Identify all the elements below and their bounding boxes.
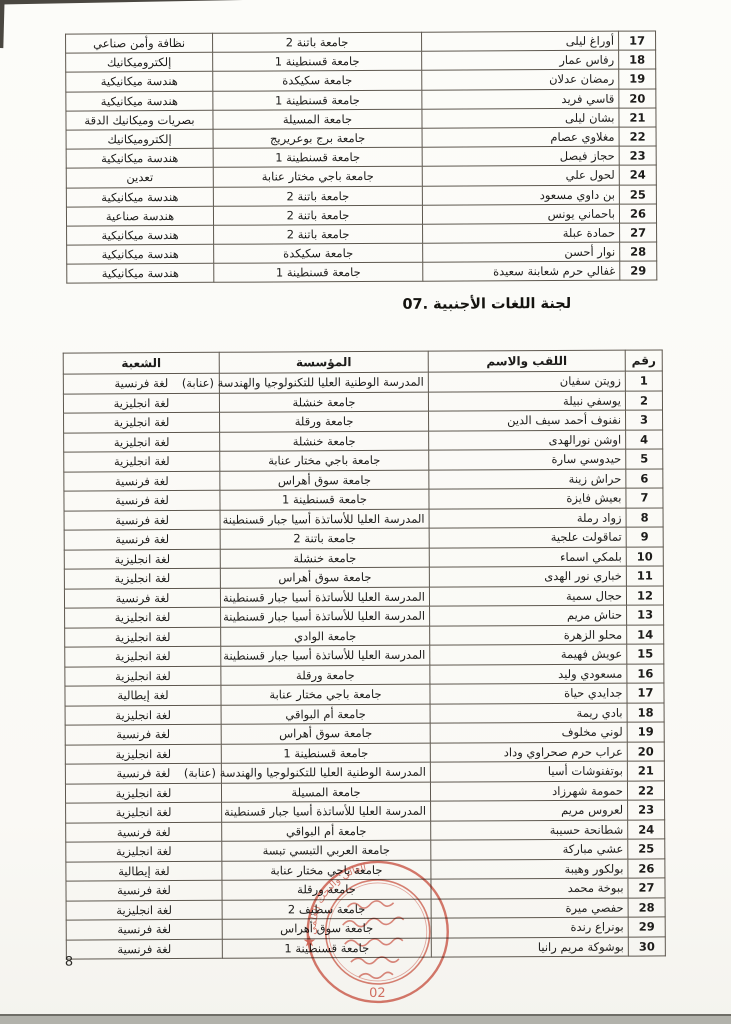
cell-name: بشان ليلى: [422, 108, 619, 128]
cell-num: 22: [627, 780, 664, 800]
cell-specialty: تعدين: [66, 168, 213, 188]
cell-specialty: هندسة ميكانيكية: [67, 264, 214, 284]
cell-name: لعروس مريم: [431, 800, 628, 821]
cell-num: 28: [628, 897, 665, 917]
cell-specialty: لغة انجليزية: [66, 841, 222, 861]
cell-name: غفالي حرم شعابنة سعيدة: [423, 261, 620, 281]
cell-name: محلو الزهرة: [430, 625, 627, 646]
cell-specialty: لغة فرنسية: [64, 490, 220, 510]
cell-institution: جامعة باتنة 2: [213, 32, 422, 52]
cell-name: لحول علي: [422, 165, 619, 185]
cell-num: 16: [627, 663, 664, 683]
cell-institution: جامعة باتنة 2: [213, 205, 422, 225]
cell-institution: المدرسة العليا للأساتذة أسيا جبار قسنطين…: [221, 645, 430, 666]
cell-num: 24: [619, 165, 656, 184]
cell-num: 25: [628, 839, 665, 859]
cell-institution: جامعة قسنطينة 1: [214, 262, 423, 282]
cell-num: 3: [626, 410, 663, 430]
cell-specialty: إلكتروميكانيك: [66, 129, 213, 149]
cell-name: زويتن سفيان: [428, 371, 625, 392]
cell-name: رمضان عدلان: [422, 70, 619, 90]
cell-name: عراب حرم صحراوي وداد: [430, 742, 627, 763]
cell-specialty: هندسة صناعية: [66, 206, 213, 226]
stamp-number: 02: [369, 986, 386, 1001]
header-num: رقم: [625, 350, 662, 371]
cell-name: قاسي فريد: [422, 89, 619, 109]
cell-num: 22: [619, 127, 656, 146]
cell-num: 26: [628, 858, 665, 878]
cell-institution: جامعة باتنة 2: [214, 224, 423, 244]
cell-institution: جامعة قسنطينة 1: [213, 90, 422, 110]
cell-name: حناش مريم: [430, 605, 627, 626]
cell-name: أوراغ ليلى: [422, 31, 619, 51]
cell-num: 27: [620, 223, 657, 242]
cell-specialty: هندسة ميكانيكية: [67, 225, 214, 245]
cell-specialty: لغة انجليزية: [64, 412, 220, 432]
cell-num: 11: [626, 566, 663, 586]
cell-specialty: هندسة ميكانيكية: [67, 244, 214, 264]
cell-specialty: بصريات وميكانيك الدقة: [66, 110, 213, 130]
cell-name: رفاس عمار: [422, 50, 619, 70]
cell-num: 7: [626, 488, 663, 508]
cell-institution: جامعة باجي مختار عنابة: [221, 684, 430, 705]
cell-num: 25: [619, 184, 656, 203]
cell-institution: المدرسة العليا للأساتذة أسيا جبار قسنطين…: [222, 801, 431, 822]
stamp-center-script: [343, 901, 404, 979]
cell-institution: المدرسة الوطنية العليا للتكنولوجيا والهن…: [219, 372, 428, 393]
cell-name: حجاز فيصل: [422, 146, 619, 166]
cell-num: 26: [619, 204, 656, 223]
cell-num: 28: [620, 242, 657, 261]
cell-num: 18: [619, 50, 656, 69]
cell-specialty: لغة فرنسية: [66, 939, 222, 959]
cell-institution: جامعة الوادي: [221, 626, 430, 647]
cell-institution: جامعة باجي مختار عنابة: [220, 450, 429, 471]
cell-num: 12: [626, 585, 663, 605]
cell-specialty: لغة انجليزية: [63, 393, 219, 413]
cell-name: تماقولت علجية: [429, 527, 626, 548]
cell-name: بادي ريمة: [430, 703, 627, 724]
cell-institution: جامعة ورقلة: [221, 665, 430, 686]
cell-num: 13: [627, 605, 664, 625]
cell-name: بوتفنوشات أسيا: [430, 761, 627, 782]
cell-specialty: هندسة ميكانيكية: [66, 91, 213, 111]
cell-institution: جامعة خنشلة: [219, 392, 428, 413]
cell-institution: جامعة المسيلة: [221, 782, 430, 803]
section-number: 07.: [402, 297, 428, 313]
cell-name: نفنوف أحمد سيف الدين: [429, 410, 626, 431]
cell-specialty: لغة فرنسية: [66, 919, 222, 939]
cell-specialty: لغة انجليزية: [64, 451, 220, 471]
cell-institution: جامعة برج بوعريريج: [213, 128, 422, 148]
cell-num: 4: [626, 429, 663, 449]
cell-num: 9: [626, 527, 663, 547]
cell-institution: جامعة سوق أهراس: [220, 567, 429, 588]
cell-specialty: لغة إيطالية: [66, 861, 222, 881]
cell-institution: المدرسة العليا للأساتذة أسيا جبار قسنطين…: [220, 509, 429, 530]
cell-specialty: لغة انجليزية: [64, 432, 220, 452]
cell-name: اوشن نورالهدى: [429, 430, 626, 451]
cell-institution: جامعة سوق أهراس: [220, 470, 429, 491]
cell-specialty: لغة انجليزية: [66, 802, 222, 822]
cell-num: 2: [625, 390, 662, 410]
cell-num: 18: [627, 702, 664, 722]
cell-specialty: هندسة ميكانيكية: [66, 187, 213, 207]
cell-institution: جامعة باجي مختار عنابة: [213, 167, 422, 187]
cell-specialty: إلكتروميكانيك: [66, 52, 213, 72]
cell-institution: جامعة قسنطينة 1: [213, 147, 422, 167]
cell-institution: جامعة قسنطينة 1: [221, 743, 430, 764]
cell-num: 20: [619, 89, 656, 108]
cell-num: 19: [619, 69, 656, 88]
table-row: 29غفالي حرم شعابنة سعيدةجامعة قسنطينة 1ه…: [67, 261, 657, 283]
cell-specialty: لغة انجليزية: [65, 666, 221, 686]
cell-specialty: لغة فرنسية: [64, 588, 220, 608]
cell-institution: جامعة سكيكدة: [213, 71, 422, 91]
cell-specialty: لغة إيطالية: [65, 685, 221, 705]
cell-institution: جامعة ورقلة: [220, 411, 429, 432]
stamp-inner-circle-2: [328, 883, 427, 982]
cell-specialty: لغة انجليزية: [65, 783, 221, 803]
cell-name: حمادة عبلة: [423, 223, 620, 243]
cell-specialty: لغة فرنسية: [64, 471, 220, 491]
cell-institution: جامعة سكيكدة: [214, 243, 423, 263]
section-heading: 07. لجنة اللغات الأجنبية: [402, 296, 571, 313]
cell-specialty: لغة انجليزية: [65, 607, 221, 627]
cell-num: 8: [626, 507, 663, 527]
official-stamp: العالي والبحث العلمي ★ 02: [292, 844, 463, 1015]
cell-name: بلمكي اسماء: [429, 547, 626, 568]
cell-specialty: هندسة ميكانيكية: [66, 148, 213, 168]
cell-name: زواد رملة: [429, 508, 626, 529]
cell-specialty: لغة فرنسية: [64, 529, 220, 549]
continuation-table: 17أوراغ ليلىجامعة باتنة 2نظافة وأمن صناع…: [65, 30, 657, 284]
cell-num: 15: [627, 644, 664, 664]
cell-institution: جامعة قسنطينة 1: [213, 51, 422, 71]
cell-num: 17: [627, 683, 664, 703]
cell-num: 23: [619, 146, 656, 165]
cell-institution: جامعة قسنطينة 1: [220, 489, 429, 510]
cell-specialty: لغة انجليزية: [65, 705, 221, 725]
cell-institution: جامعة سوق أهراس: [221, 723, 430, 744]
cell-specialty: لغة فرنسية: [66, 822, 222, 842]
cell-specialty: هندسة ميكانيكية: [66, 72, 213, 92]
cell-specialty: لغة فرنسية: [65, 724, 221, 744]
cell-institution: المدرسة الوطنية العليا للتكنولوجيا والهن…: [221, 762, 430, 783]
cell-num: 29: [620, 261, 657, 280]
cell-num: 5: [626, 449, 663, 469]
cell-institution: المدرسة العليا للأساتذة أسيا جبار قسنطين…: [220, 587, 429, 608]
cell-name: مغلاوي عصام: [422, 127, 619, 147]
cell-num: 1: [625, 371, 662, 391]
cell-specialty: لغة فرنسية: [66, 880, 222, 900]
cell-name: يوسفي نبيلة: [428, 391, 625, 412]
cell-specialty: لغة انجليزية: [64, 568, 220, 588]
scanned-page: 17أوراغ ليلىجامعة باتنة 2نظافة وأمن صناع…: [0, 0, 731, 1024]
cell-institution: المدرسة العليا للأساتذة أسيا جبار قسنطين…: [221, 606, 430, 627]
cell-num: 14: [627, 624, 664, 644]
cell-institution: جامعة أم البواقي: [222, 821, 431, 842]
stamp-inner-circle: [325, 880, 430, 985]
cell-num: 17: [619, 31, 656, 50]
cell-name: جدايدي حياة: [430, 683, 627, 704]
header-institution: المؤسسة: [219, 351, 428, 373]
cell-institution: جامعة باتنة 2: [220, 528, 429, 549]
header-specialty: الشعبة: [63, 352, 219, 374]
cell-specialty: لغة انجليزية: [65, 744, 221, 764]
stamp-star-icon: ★: [303, 932, 317, 950]
cell-institution: جامعة خنشلة: [220, 548, 429, 569]
cell-specialty: لغة فرنسية: [64, 510, 220, 530]
cell-institution: جامعة أم البواقي: [221, 704, 430, 725]
cell-num: 19: [627, 722, 664, 742]
cell-institution: جامعة خنشلة: [220, 431, 429, 452]
cell-num: 27: [628, 878, 665, 898]
section-title: لجنة اللغات الأجنبية: [433, 296, 571, 313]
cell-name: حيدوسي سارة: [429, 449, 626, 470]
cell-name: عويش فهيمة: [430, 644, 627, 665]
cell-name: نوار أحسن: [423, 242, 620, 262]
cell-num: 24: [628, 819, 665, 839]
page-number: 8: [65, 955, 73, 970]
cell-num: 30: [628, 936, 665, 956]
cell-name: حمومة شهرزاد: [430, 781, 627, 802]
cell-specialty: لغة انجليزية: [65, 646, 221, 666]
cell-institution: جامعة باتنة 2: [213, 186, 422, 206]
cell-num: 20: [627, 741, 664, 761]
cell-specialty: لغة انجليزية: [65, 627, 221, 647]
cell-specialty: نظافة وأمن صناعي: [66, 33, 213, 53]
cell-num: 21: [619, 108, 656, 127]
cell-name: لوني مخلوف: [430, 722, 627, 743]
cell-num: 21: [627, 761, 664, 781]
cell-num: 6: [626, 468, 663, 488]
header-name: اللقب والاسم: [428, 350, 625, 372]
cell-name: حراش زينة: [429, 469, 626, 490]
cell-name: حجال سمية: [429, 586, 626, 607]
cell-name: شطانحة حسيبة: [431, 820, 628, 841]
cell-specialty: لغة انجليزية: [66, 900, 222, 920]
cell-institution: جامعة المسيلة: [213, 109, 422, 129]
cell-num: 23: [628, 800, 665, 820]
cell-name: بعيش فايزة: [429, 488, 626, 509]
cell-specialty: لغة انجليزية: [64, 549, 220, 569]
cell-num: 10: [626, 546, 663, 566]
cell-name: خباري نور الهدى: [429, 566, 626, 587]
cell-name: باحماني يونس: [422, 204, 619, 224]
cell-name: بن داوي مسعود: [422, 185, 619, 205]
cell-name: مسعودي وليد: [430, 664, 627, 685]
cell-num: 29: [628, 917, 665, 937]
